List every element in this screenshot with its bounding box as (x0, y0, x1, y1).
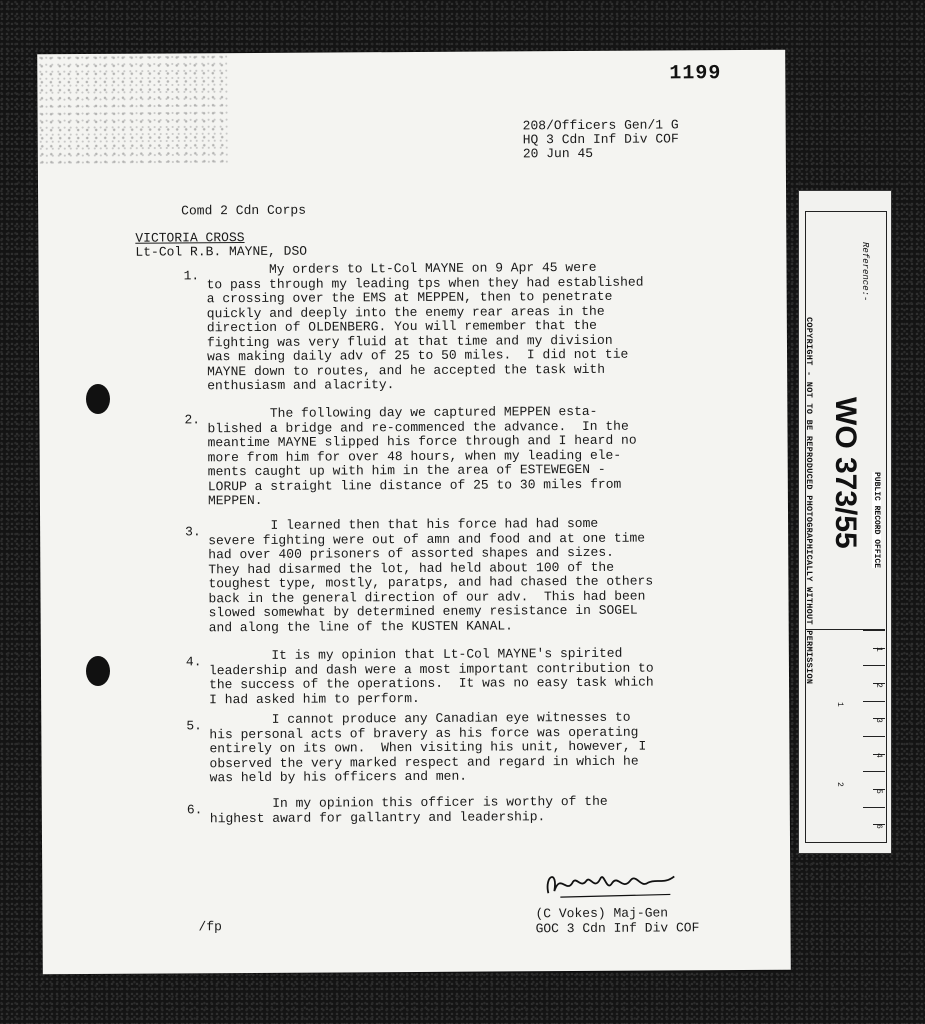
paragraph-number: 2. (184, 413, 200, 428)
paragraph-text: It is my opinion that Lt-Col MAYNE's spi… (209, 646, 746, 707)
scale-ruler: 12345612 (805, 629, 885, 842)
signatory-title: GOC 3 Cdn Inf Div COF (536, 921, 700, 937)
ruler-tick (863, 771, 885, 772)
ruler-tick (863, 736, 885, 737)
office-label: PUBLIC RECORD OFFICE (872, 472, 881, 568)
reference-label: Reference:- (860, 242, 870, 301)
handwritten-signature (540, 862, 680, 903)
ruler-cm-label: 2 (874, 683, 883, 688)
signature-block: (C Vokes) Maj-Gen GOC 3 Cdn Inf Div COF (535, 906, 699, 936)
ruler-cm-label: 4 (874, 753, 883, 758)
ruler-cm-label: 6 (874, 824, 883, 829)
archive-reference-slip: Reference:- COPYRIGHT - NOT TO BE REPROD… (798, 190, 892, 854)
typist-reference: /fp (198, 919, 221, 934)
punch-hole-upper (86, 384, 110, 414)
ruler-cm-label: 5 (874, 789, 883, 794)
headquarters-line: HQ 3 Cdn Inf Div COF (523, 132, 679, 147)
ruler-cm-label: 1 (874, 647, 883, 652)
subject-heading: VICTORIA CROSS Lt-Col R.B. MAYNE, DSO (135, 231, 307, 260)
paragraph-number: 5. (186, 719, 202, 734)
paragraph-6: 6. In my opinion this officer is worthy … (187, 794, 747, 826)
reference-block: 208/Officers Gen/1 G HQ 3 Cdn Inf Div CO… (523, 118, 679, 161)
paragraph-text: I cannot produce any Canadian eye witnes… (209, 710, 746, 786)
paragraph-5: 5. I cannot produce any Canadian eye wit… (186, 710, 746, 786)
ruler-tick (863, 701, 885, 702)
paragraph-number: 1. (184, 269, 200, 284)
punch-hole-lower (86, 656, 110, 686)
document-date: 20 Jun 45 (523, 146, 679, 161)
paper-speckle (37, 53, 228, 164)
document-page: 1199 208/Officers Gen/1 G HQ 3 Cdn Inf D… (37, 50, 791, 975)
paragraph-text: My orders to Lt-Col MAYNE on 9 Apr 45 we… (206, 260, 744, 394)
paragraph-text: In my opinion this officer is worthy of … (210, 794, 747, 826)
ruler-tick (863, 807, 885, 808)
paragraph-1: 1. My orders to Lt-Col MAYNE on 9 Apr 45… (183, 260, 744, 394)
subject-officer: Lt-Col R.B. MAYNE, DSO (135, 245, 307, 260)
ruler-inch-label: 2 (835, 782, 844, 787)
addressee: Comd 2 Cdn Corps (181, 203, 306, 219)
ruler-tick (863, 630, 885, 631)
paragraph-number: 4. (186, 655, 202, 670)
paragraph-number: 3. (185, 525, 201, 540)
ruler-tick (863, 665, 885, 666)
paragraph-3: 3. I learned then that his force had had… (185, 516, 746, 635)
paragraph-4: 4. It is my opinion that Lt-Col MAYNE's … (186, 646, 746, 707)
page-number: 1199 (669, 62, 721, 85)
paragraph-text: The following day we captured MEPPEN est… (207, 404, 745, 509)
paragraph-number: 6. (187, 803, 203, 818)
ruler-inch-label: 1 (835, 702, 844, 707)
ruler-cm-label: 3 (874, 718, 883, 723)
paragraph-text: I learned then that his force had had so… (208, 516, 746, 635)
piece-code: WO 373/55 (828, 397, 862, 549)
ruler-tick (863, 842, 885, 843)
paragraph-2: 2. The following day we captured MEPPEN … (184, 404, 745, 509)
